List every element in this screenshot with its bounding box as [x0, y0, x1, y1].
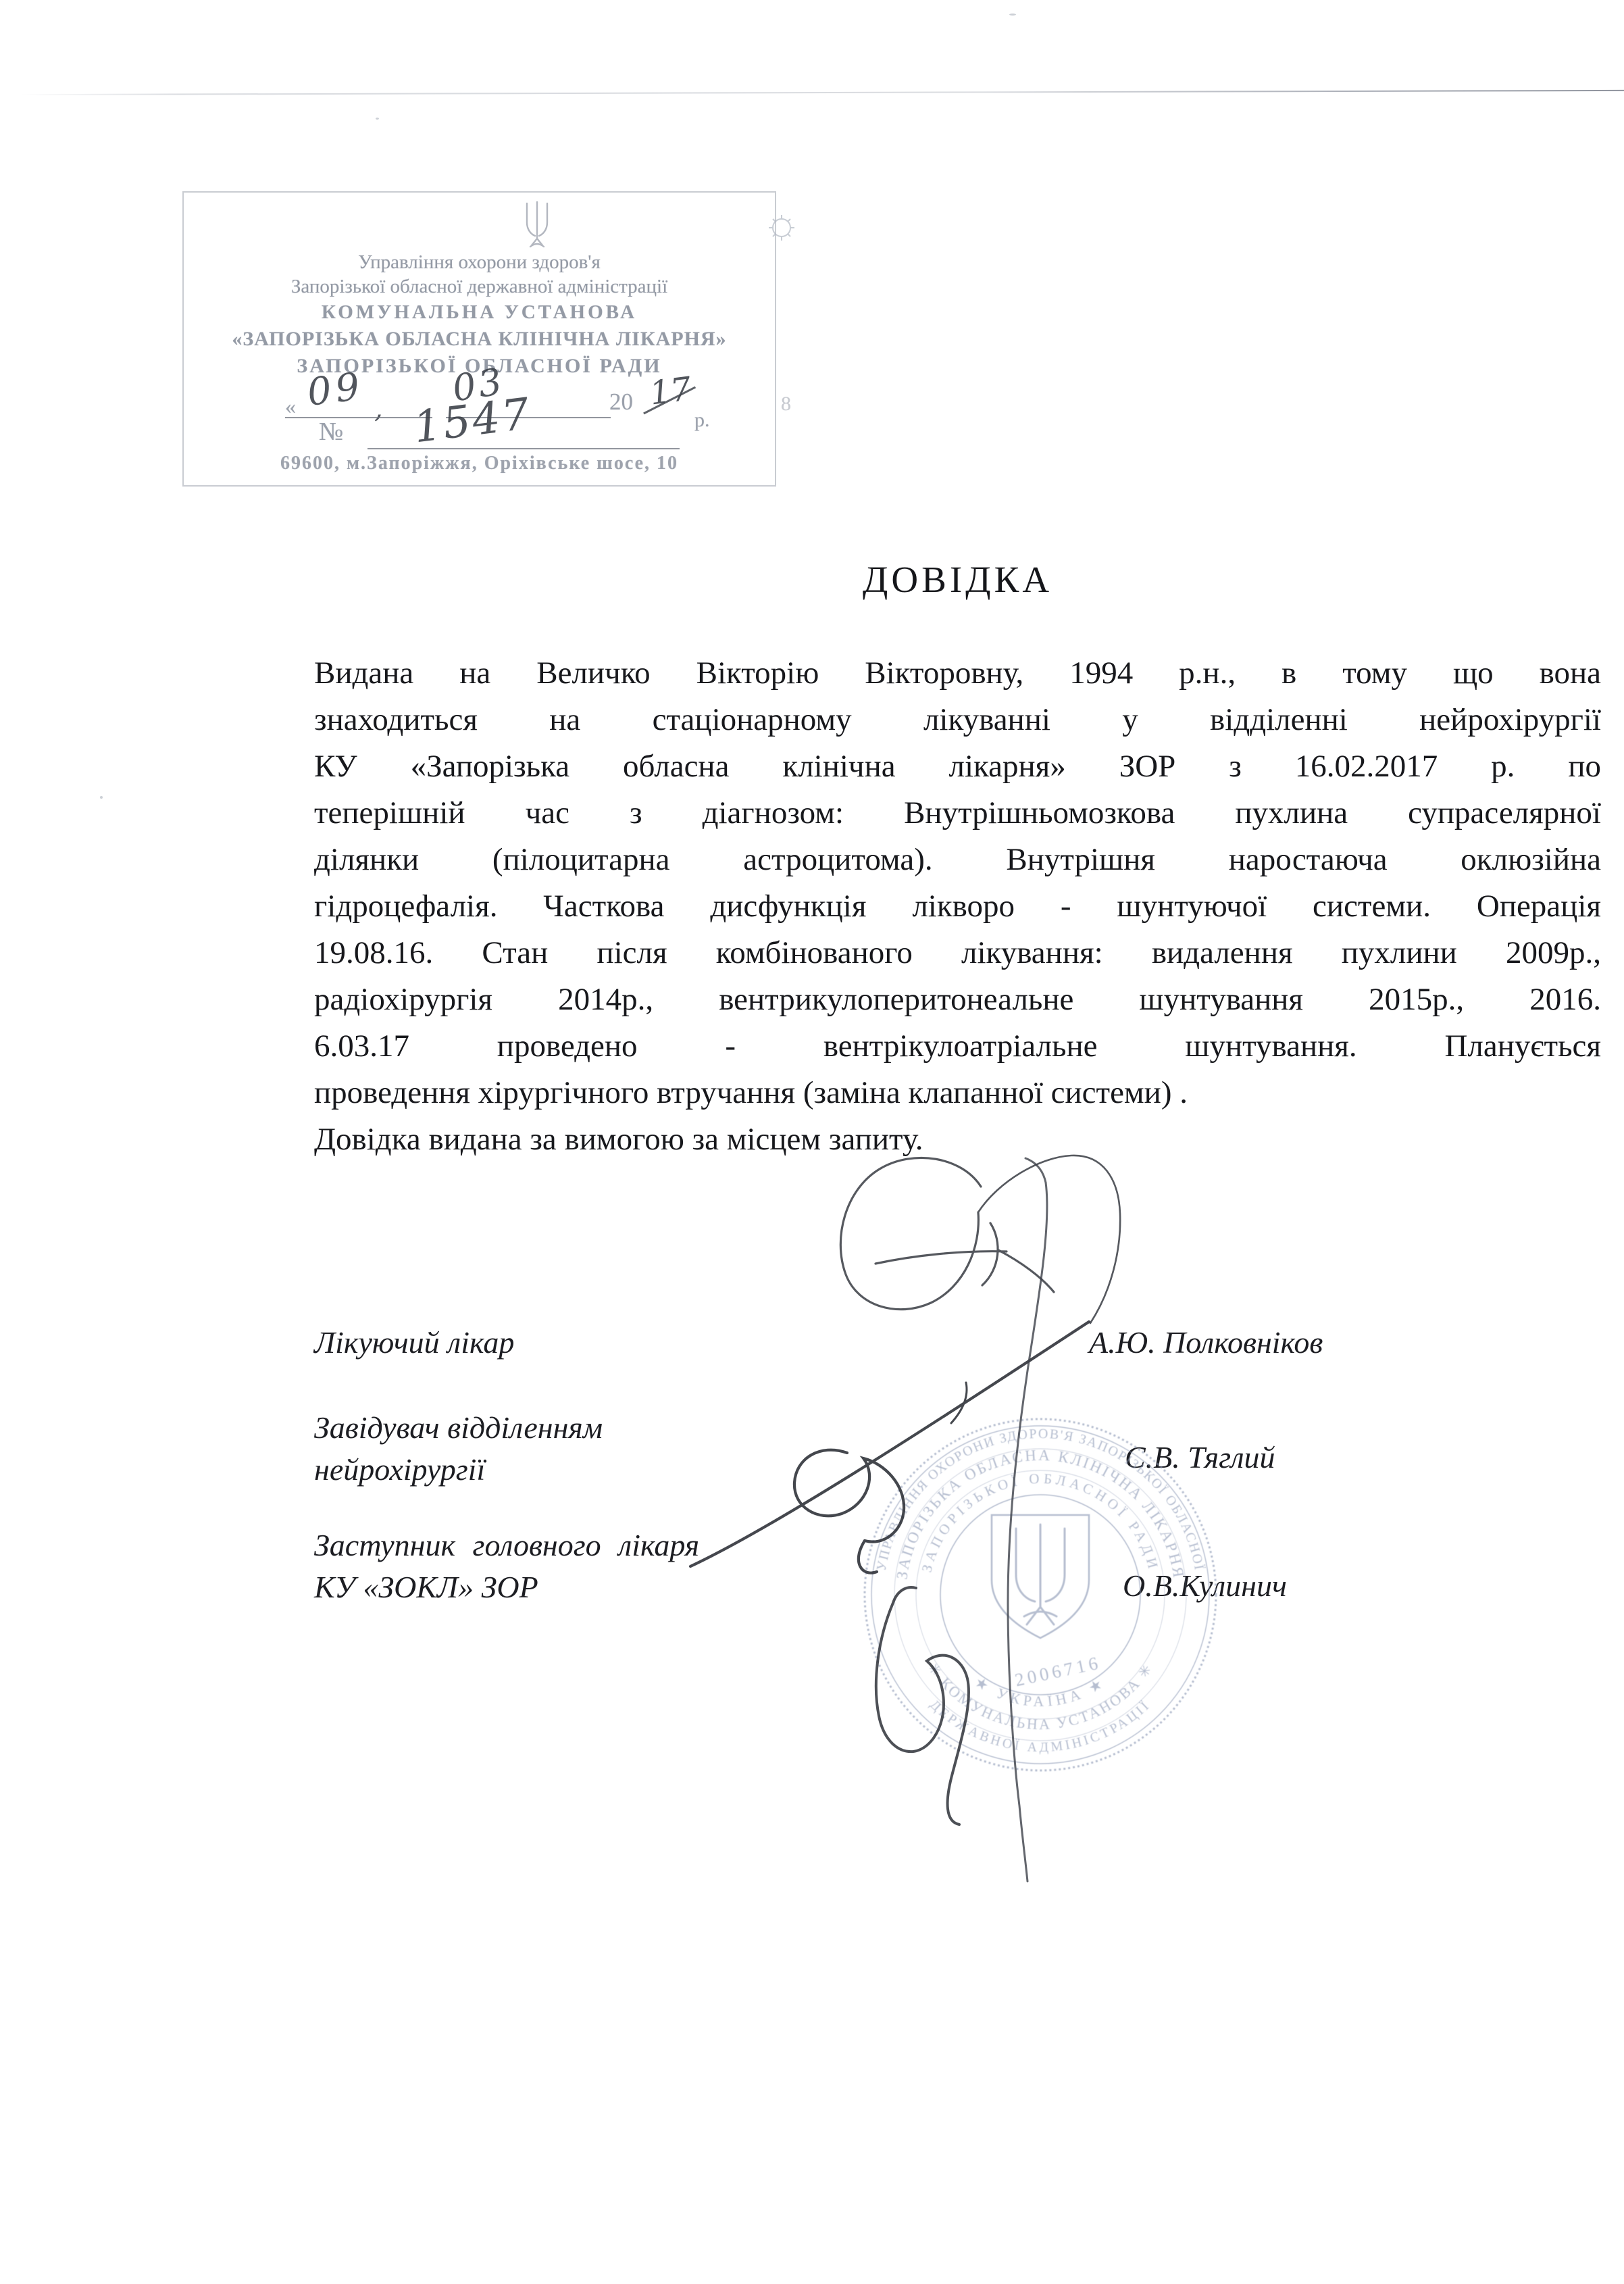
body-line: гідроцефалія. Часткова дисфункція ліквор… [314, 883, 1601, 930]
svg-text:★ УКРАЇНА ★: ★ УКРАЇНА ★ [972, 1673, 1109, 1710]
scan-speck [376, 118, 379, 120]
scanned-medical-certificate: Управління охорони здоров'я Запорізької … [0, 0, 1624, 2284]
smudge-mark: 8 [781, 393, 791, 416]
stamp-org-line4: «ЗАПОРІЗЬКА ОБЛАСНА КЛІНІЧНА ЛІКАРНЯ» [184, 328, 775, 350]
signature-ink-kulynych [876, 1587, 969, 1824]
certificate-body: Видана на Величко Вікторію Вікторовну, 1… [314, 650, 1601, 1163]
body-line: Видана на Величко Вікторію Вікторовну, 1… [314, 650, 1601, 697]
number-rule [367, 448, 680, 449]
seal-inner-ring-bottom-text: ★ УКРАЇНА ★ [972, 1673, 1109, 1710]
signature-name-kulynych: О.В.Кулинич [1123, 1569, 1287, 1604]
trident-emblem-icon [520, 199, 554, 249]
signature-ink-polkovnikov [840, 1156, 1120, 1323]
seal-outer-ring-bottom-text: ДЕРЖАВНОЇ АДМІНІСТРАЦІЇ [927, 1697, 1153, 1755]
body-line: теперішній час з діагнозом: Внутрішньомо… [314, 790, 1601, 837]
body-line: 19.08.16. Стан після комбінованого лікув… [314, 930, 1601, 976]
body-line: знаходиться на стаціонарному лікуванні у… [314, 697, 1601, 743]
seal-inner-ring-top-text: ЗАПОРІЗЬКОЇ ОБЛАСНОЇ РАДИ [919, 1470, 1163, 1574]
signature-role-head-of-department-line2: нейрохірургії [314, 1453, 485, 1487]
date-rule-1 [285, 417, 432, 418]
svg-text:✳ КОМУНАЛЬНА УСТАНОВА ✳: ✳ КОМУНАЛЬНА УСТАНОВА ✳ [924, 1660, 1157, 1733]
seal-trident-shield [992, 1515, 1089, 1638]
printed-year-suffix: р. [694, 409, 710, 432]
signature-role-deputy-chief-doctor-line2: КУ «ЗОКЛ» ЗОР [314, 1570, 538, 1605]
body-line: проведення хірургічного втручання (замін… [314, 1070, 1601, 1116]
signature-role-head-of-department: Завідувач відділенням [314, 1411, 603, 1445]
stamp-address: 69600, м.Запоріжжя, Оріхівське шосе, 10 [184, 453, 775, 474]
signature-name-tiaglyi: С.В. Тяглий [1125, 1441, 1275, 1475]
seal-serial-number: 2006716 [1013, 1652, 1103, 1690]
pen-stroke-vertical [1008, 1158, 1047, 1881]
body-line: радіохірургія 2014р., вентрикулоперитоне… [314, 976, 1601, 1023]
date-open-quote: « [285, 394, 296, 419]
body-line: ділянки (пілоцитарна астроцитома). Внутр… [314, 837, 1601, 883]
body-line: Довідка видана за вимогою за місцем запи… [314, 1116, 1601, 1163]
handwritten-comma: , [374, 395, 383, 422]
scan-line-artifact [20, 90, 1624, 95]
signature-role-deputy-chief-doctor: Заступник головного лікаря [314, 1529, 699, 1563]
smudge-icon [762, 208, 801, 247]
seal-middle-ring-bottom-text: ✳ КОМУНАЛЬНА УСТАНОВА ✳ [924, 1660, 1157, 1733]
body-line: КУ «Запорізька обласна клінічна лікарня»… [314, 743, 1601, 790]
handwritten-day: 09 [305, 368, 365, 412]
reg-no-label: № [319, 417, 343, 447]
scan-speck [100, 796, 103, 799]
letterhead-stamp: Управління охорони здоров'я Запорізької … [182, 191, 776, 487]
stamp-org-line2: Запорізької обласної державної адміністр… [184, 276, 775, 298]
signature-name-polkovnikov: А.Ю. Полковніков [1089, 1326, 1323, 1360]
body-line: 6.03.17 проведено - вентрікулоатріальне … [314, 1023, 1601, 1070]
svg-text:ЗАПОРІЗЬКОЇ ОБЛАСНОЇ РАДИ: ЗАПОРІЗЬКОЇ ОБЛАСНОЇ РАДИ [919, 1470, 1163, 1574]
stamp-org-line1: Управління охорони здоров'я [184, 252, 775, 274]
stamp-org-line3: КОМУНАЛЬНА УСТАНОВА [184, 302, 775, 324]
page-title: ДОВІДКА [314, 558, 1601, 601]
signature-role-attending-doctor: Лікуючий лікар [314, 1326, 514, 1360]
scan-speck [1009, 14, 1016, 16]
handwritten-number: 1547 [411, 393, 534, 450]
printed-year-prefix: 20 [609, 389, 633, 416]
svg-text:ДЕРЖАВНОЇ АДМІНІСТРАЦІЇ: ДЕРЖАВНОЇ АДМІНІСТРАЦІЇ [927, 1697, 1153, 1755]
signature-ink-tiaglyi [690, 1322, 1089, 1573]
